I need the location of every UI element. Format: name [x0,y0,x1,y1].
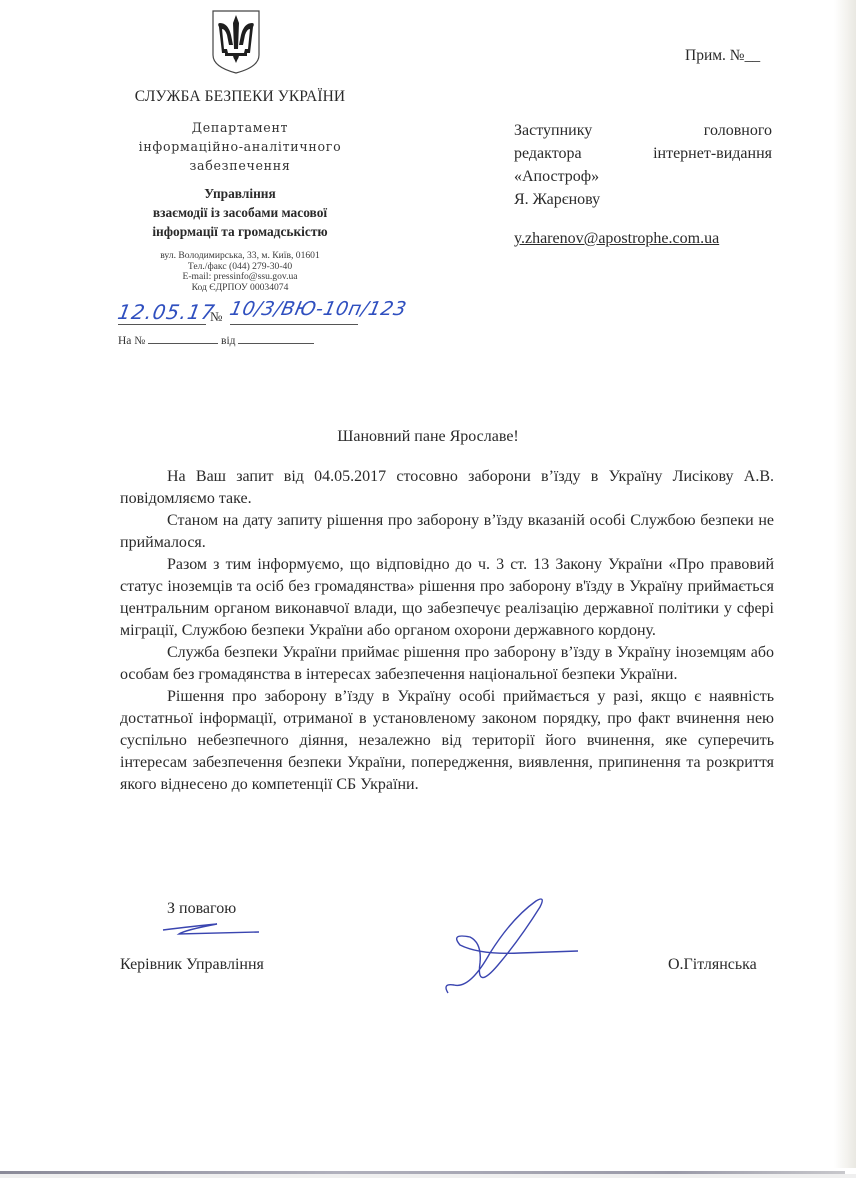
page-edge-shadow [834,0,856,1168]
letter-body: На Ваш запит від 04.05.2017 стосовно заб… [120,466,774,796]
recipient-text: редактора [514,142,582,165]
closing: З повагою [167,900,236,918]
handwritten-reg-number: 10/3/ВЮ-10п/123 [228,298,409,320]
note-number: Прим. №__ [685,47,760,65]
division-name: Управління взаємодії із засобами масової… [110,184,370,241]
recipient-line: Заступнику головного [514,119,772,142]
address: вул. Володимирська, 33, м. Київ, 01601 [110,251,370,262]
agency-title: СЛУЖБА БЕЗПЕКИ УКРАЇНИ [120,88,360,106]
page-bottom-edge [0,1171,845,1174]
signer-position: Керівник Управління [120,956,264,974]
recipient-name: Я. Жарєнову [514,188,772,211]
division-line: Управління [110,184,370,203]
reference-date-blank [238,333,314,344]
department-line: Департамент [110,118,370,137]
paragraph: Станом на дату запиту рішення про заборо… [120,510,774,554]
recipient-text: головного [704,119,772,142]
paragraph: Рішення про заборону в’їзду в Україну ос… [120,686,774,796]
contact-block: вул. Володимирська, 33, м. Київ, 01601 Т… [110,251,370,293]
letter-page: СЛУЖБА БЕЗПЕКИ УКРАЇНИ Департамент інфор… [0,0,856,1178]
paragraph: На Ваш запит від 04.05.2017 стосовно заб… [120,466,774,510]
recipient-text: Заступнику [514,119,592,142]
paragraph: Служба безпеки України приймає рішення п… [120,642,774,686]
from-label: від [221,335,235,347]
salutation: Шановний пане Ярославе! [0,428,856,446]
trident-emblem-icon [211,9,261,75]
division-line: інформації та громадськістю [110,222,370,241]
initials-flourish-icon [155,918,265,940]
number-label: № [210,309,222,325]
recipient-publication: «Апостроф» [514,165,772,188]
recipient-block: Заступнику головного редактора інтернет-… [514,119,772,211]
handwritten-date: 12.05.17 [116,300,217,324]
scan-background [0,1174,856,1178]
reference-number-blank [148,333,218,344]
recipient-line: редактора інтернет-видання [514,142,772,165]
paragraph: Разом з тим інформуємо, що відповідно до… [120,554,774,642]
department-line: інформаційно-аналітичного [110,137,370,156]
division-line: взаємодії із засобами масової [110,203,370,222]
reference-line: На № від [118,333,314,347]
on-number-label: На № [118,335,145,347]
signature-icon [440,893,580,1003]
number-underline [230,324,358,325]
department-line: забезпечення [110,156,370,175]
registration-line: 12.05.17 № 10/3/ВЮ-10п/123 [118,300,368,328]
date-underline [118,324,206,325]
department-name: Департамент інформаційно-аналітичного за… [110,118,370,175]
recipient-text: інтернет-видання [653,142,772,165]
signer-name: О.Гітлянська [668,956,757,974]
recipient-email-link[interactable]: y.zharenov@apostrophe.com.ua [514,230,719,248]
edrpou-code: Код ЄДРПОУ 00034074 [110,283,370,294]
